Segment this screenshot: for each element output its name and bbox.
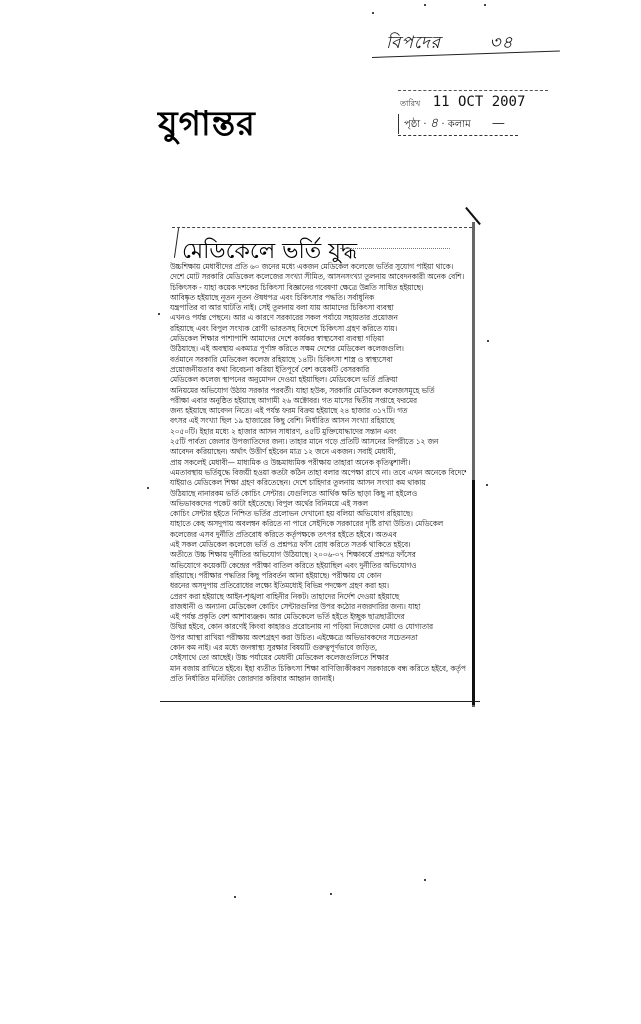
article-line: চিকিৎসক - যাহা কয়েক দশকের চিকিৎসা বিজ্ঞ… (170, 283, 466, 293)
scan-speck (484, 4, 486, 6)
article-line: আবিষ্কৃত হইয়াছে নূতন নূতন ঔষধপত্র এবং চ… (170, 293, 466, 303)
stamp-page-value: ৪ (430, 116, 438, 131)
article-line: রহিয়াছে। পরীক্ষার পদ্ধতির কিছু পরিবর্তন… (170, 571, 466, 581)
stamp-top-border (398, 90, 548, 91)
article-line: যাহাতে কেহ অসদুপায় অবলম্বন করিতে না পার… (170, 519, 466, 529)
article-line: অভিযোগে কয়েকটি কেন্দ্রের পরীক্ষা বাতিল … (170, 561, 466, 571)
stamp-left-border (398, 114, 399, 134)
article-line: আবেদন করিয়াছেন। অর্থাৎ উত্তীর্ণ হইবেন ম… (170, 447, 466, 457)
stamp-bottom-border (398, 135, 518, 136)
article-line: এই সকল মেডিকেল কলেজে ভর্তি ও প্রশ্নপত্র … (170, 540, 466, 550)
article-line: বৎসর এই সংখ্যা ছিল ১৯ হাজারের কিছু বেশি।… (170, 416, 466, 426)
stamp-page-row: পৃষ্ঠা · ৪ · কলাম — (404, 114, 505, 135)
scan-speck (158, 313, 160, 315)
handwritten-note-text: বিপদের (386, 33, 441, 53)
article-line: উচ্চশিক্ষায় মেধাবীদের প্রতি ৬০ জনের মধ্… (170, 262, 466, 272)
clipping-top-edge (172, 227, 472, 228)
scan-speck (147, 487, 149, 489)
article-line: অভিভাবকদের পকেট কাটা হইতেছে। বিপুল অর্থে… (170, 499, 466, 509)
article-line: পরীক্ষা এবার অনুষ্ঠিত হইয়াছে আগামী ২৬ অ… (170, 396, 466, 406)
headline-dotted-rule (340, 248, 450, 249)
clipping-left-mark (174, 228, 179, 258)
clipping-right-edge-dark (472, 480, 475, 705)
scan-speck (234, 896, 236, 898)
article-line: যন্ত্রপাতির বা আর ঘাটতি নাই। সেই তুলনায়… (170, 303, 466, 313)
article-line: কোচিং সেন্টার হইতে নিশ্চিত ভর্তির প্রলোভ… (170, 509, 466, 519)
article-line: বর্তমানে সরকারি মেডিকেল কলেজ রহিয়াছে ১৪… (170, 355, 466, 365)
article-line: ২৫টি পার্বত্য জেলার উপজাতিদের জন্য। তাহা… (170, 437, 466, 447)
article-line: প্রতি নির্ধারিত মনিটরিং জোরদার করিবার আহ… (170, 674, 466, 684)
stamp-column-label: কলাম (448, 119, 471, 130)
stamp-date-label: তারিখ (400, 99, 420, 108)
newspaper-masthead: যুগান্তর (158, 98, 256, 155)
article-line: দেশে মোট সরকারি মেডিকেল কলেজের সংখ্যা সী… (170, 272, 466, 282)
article-line: এখনও পর্যন্ত পেছনে। আর এ কারণে সরকারের স… (170, 313, 466, 323)
article-body: উচ্চশিক্ষায় মেধাবীদের প্রতি ৬০ জনের মধ্… (170, 262, 466, 684)
scan-speck (330, 893, 332, 895)
scan-speck (424, 4, 426, 6)
article-line: অনিয়মের অভিযোগ উঠায় সরকার পরবর্তী। যাহ… (170, 386, 466, 396)
scan-speck (424, 879, 426, 881)
article-line: কলেজের এসব দুর্নীতি প্রতিরোধ করিতে কর্তৃ… (170, 530, 466, 540)
scan-speck (372, 12, 374, 14)
article-line: প্রেরণ করা হইয়াছে আইন-শৃঙ্খলা বাহিনীর ন… (170, 592, 466, 602)
stamp-page-label: পৃষ্ঠা (404, 119, 420, 130)
article-line: কোন কম নাই। এর মধ্যে জনস্বাস্থ্য সুরক্ষা… (170, 643, 466, 653)
scan-speck (486, 484, 488, 486)
article-line: যাইয়াও মেডিকেল শিক্ষা গ্রহণ করিতেছেন। দ… (170, 478, 466, 488)
stamp-date-value: 11 OCT 2007 (433, 94, 526, 110)
article-line: প্রায় সকলেই মেধাবী— মাধ্যমিক ও উচ্চমাধ্… (170, 458, 466, 468)
article-line: প্রয়োজনীয়তার কথা বিবেচনা করিয়া ইতিপূর… (170, 365, 466, 375)
article-line: ২০৫০টি। ইহার মধ্যে ২ হাজার আসন সাধারণ, ৪… (170, 427, 466, 437)
article-line: উদ্বিগ্ন হইবে, কোন কারণেই কিংবা কাহারও প… (170, 622, 466, 632)
article-line: রাজধানী ও অন্যান্য মেডিকেল কোচিং সেন্টার… (170, 602, 466, 612)
article-line: মেডিকেল শিক্ষার পাশাপাশি আমাদের দেশে কার… (170, 334, 466, 344)
clipping-bottom-edge (160, 701, 480, 702)
article-line: মান বজায় রাখিতে হইবে। ইহা ব্যতীত চিকিৎস… (170, 664, 466, 674)
stamp-signature: — (492, 116, 505, 131)
article-line: রহিয়াছে এবং বিপুল সংখ্যক রোগী ভারতসহ বি… (170, 324, 466, 334)
article-line: মেডিকেল কলেজ স্থাপনের অনুমোদন দেওয়া হইয… (170, 375, 466, 385)
handwritten-note-number: ৩৪ (489, 33, 513, 53)
article-line: ধরনের অসদুপায় প্রতিরোধের লক্ষ্যে ইতিমধ্… (170, 581, 466, 591)
article-line: এই পর্যন্ত প্রকৃতি বেশ আশাব্যঞ্জক। আর মে… (170, 612, 466, 622)
article-line: এমতাবস্থায় ভর্তিযুদ্ধে বিজয়ী হওয়া কতট… (170, 468, 466, 478)
article-line: জন্য হইয়াছে আবেদন নিতে। এই পর্যন্ত ফরম … (170, 406, 466, 416)
article-line: উঠিয়াছে নানারকম ভর্তি কোচিং সেন্টার। যে… (170, 489, 466, 499)
stamp-date-row: তারিখ 11 OCT 2007 (400, 94, 525, 111)
date-stamp: তারিখ 11 OCT 2007 পৃষ্ঠা · ৪ · কলাম — (398, 90, 548, 142)
article-line: উঠিয়াছে। এই অবস্থায় একমাত্র পূর্ণাঙ্গ … (170, 344, 466, 354)
article-line: অতীতে উচ্চ শিক্ষায় দুর্নীতির অভিযোগ উঠি… (170, 550, 466, 560)
scan-speck (487, 340, 489, 342)
handwritten-note: বিপদের ৩৪ (386, 30, 556, 54)
article-line: সেইসাথে তো আছেই। উচ্চ পর্যায়ের মেধাবী ম… (170, 653, 466, 663)
article-line: উপর আস্থা রাখিয়া পরীক্ষায় অংশগ্রহণ করা… (170, 633, 466, 643)
